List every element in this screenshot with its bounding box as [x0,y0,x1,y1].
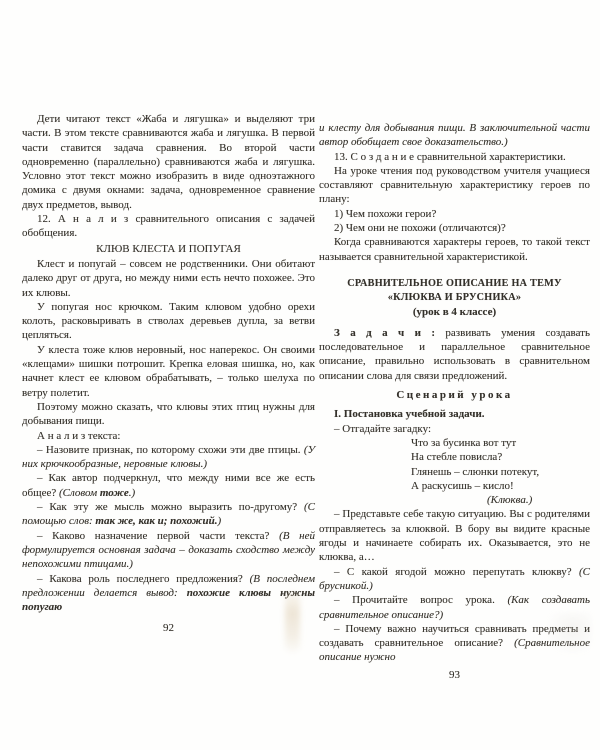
paragraph-question: – С какой ягодой можно перепутать клюкву… [319,565,590,594]
verse-line: А раскусишь – кисло! [411,479,590,493]
paragraph-plan-item: 1) Чем похожи герои? [319,207,590,221]
paragraph-text: Поэтому можно сказать, что клювы этих пт… [22,400,315,429]
paragraph-text: У клеста тоже клюв неровный, нос наперек… [22,343,315,400]
paragraph-question: – Назовите признак, по которому схожи эт… [22,443,315,472]
book-spread-scan: Дети читают текст «Жаба и лягушка» и выд… [0,0,600,750]
verse-line: Глянешь – слюнки потекут, [411,465,590,479]
paragraph-intro: Дети читают текст «Жаба и лягушка» и выд… [22,112,315,212]
page-number-left: 92 [22,621,315,635]
paragraph-item-13: 13. С о з д а н и е сравнительной характ… [319,150,590,164]
paragraph-plan-item: 2) Чем они не похожи (отличаются)? [319,221,590,235]
left-page: Дети читают текст «Жаба и лягушка» и выд… [22,112,315,636]
verse-line: На стебле повисла? [411,450,590,464]
paragraph-question: – Прочитайте вопрос урока. (Как создават… [319,593,590,622]
page-number-right: 93 [319,668,590,682]
paragraph-text: Клест и попугай – совсем не родственники… [22,257,315,300]
paragraph-analiz-teksta: А н а л и з текста: [22,429,315,443]
paragraph-question: – Какова роль последнего предложения? (В… [22,572,315,615]
paragraph-zadachi: З а д а ч и : развивать умения создавать… [319,326,590,383]
right-page-content: и клесту для добывания пищи. В заключите… [319,121,590,665]
heading-lesson-title: СРАВНИТЕЛЬНОЕ ОПИСАНИЕ НА ТЕМУ «КЛЮКВА И… [319,277,590,305]
heading-lesson-grade: (урок в 4 классе) [319,305,590,319]
heading-klyuv-klesta: КЛЮВ КЛЕСТА И ПОПУГАЯ [22,242,315,256]
paragraph-text: На уроке чтения под руководством учителя… [319,164,590,207]
right-page: и клесту для добывания пищи. В заключите… [319,121,590,682]
riddle-verse: Что за бусинка вот тутНа стебле повисла?… [411,436,590,493]
paragraph-text: У попугая нос крючком. Таким клювом удоб… [22,300,315,343]
riddle-answer: (Клюква.) [487,493,590,507]
paragraph-question: – Как эту же мысль можно выразить по-дру… [22,500,315,529]
left-page-content: Дети читают текст «Жаба и лягушка» и выд… [22,112,315,614]
paragraph-text: Когда сравниваются характеры героев, то … [319,235,590,264]
paragraph-text: – Отгадайте загадку: [319,422,590,436]
paragraph-question: – Каково назначение первой части текста?… [22,529,315,572]
paragraph-question: – Почему важно научиться сравнивать пред… [319,622,590,665]
paragraph-stage-1: I. Постановка учебной задачи. [319,407,590,421]
paragraph-continuation: и клесту для добывания пищи. В заключите… [319,121,590,150]
paragraph-text: – Представьте себе такую ситуацию. Вы с … [319,507,590,564]
paragraph-question: – Как автор подчеркнул, что между ними в… [22,471,315,500]
verse-line: Что за бусинка вот тут [411,436,590,450]
paragraph-item-12: 12. А н а л и з сравнительного описания … [22,212,315,241]
heading-scenarij-uroka: Сценарий урока [319,388,590,402]
